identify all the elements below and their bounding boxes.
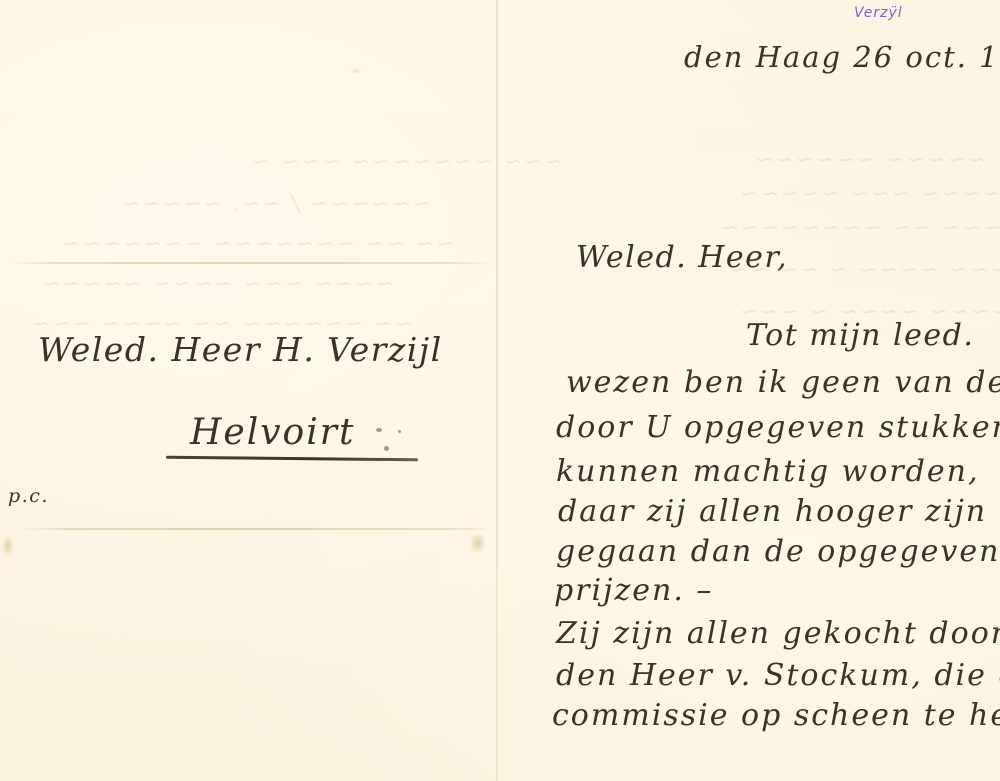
- bleed-through-text: ~~~~~~ ~~ ~~~~~~~~: [718, 216, 1000, 241]
- paper-stain: [2, 536, 14, 556]
- bleed-through-text: ~~~~~~ / ~~. ~~~~~: [120, 192, 431, 217]
- bleed-through-text: ~~~~ ~~~~ ~~~ ~~~~~: [738, 182, 1000, 207]
- ink-blot: [384, 446, 389, 451]
- letter-scan: ~~~ ~~~~~~~ ~~~ ~ ~~~~~~ / ~~. ~~~~~ ~~ …: [0, 0, 1000, 781]
- ink-blot: [398, 430, 401, 433]
- body-line: Zij zijn allen gekocht door: [556, 616, 1000, 651]
- place-underline: [166, 456, 418, 462]
- postscript-mark: p.c.: [8, 485, 49, 507]
- dateline: den Haag 26 oct. 1872: [684, 40, 1000, 74]
- body-line: prijzen. –: [554, 573, 713, 608]
- recipient-line: Weled. Heer H. Verzijl: [38, 330, 443, 369]
- body-line: commissie op scheen te hebben.: [552, 698, 1000, 733]
- right-page: ~~~~ ~~~~~ ~~~~~~ ~~~~ ~~~~ ~~~ ~~~~~ ~~…: [498, 0, 1000, 781]
- bleed-through-text: ~~~~ ~~~ ~~~~ ~~~~~: [40, 272, 394, 297]
- ink-blot: [376, 428, 382, 432]
- archive-annotation: Verzÿl: [854, 5, 903, 21]
- bleed-through-text: ~~~~ ~~~~~ ~~~~~~: [753, 148, 1000, 173]
- paper-stain: [470, 533, 486, 553]
- body-line: door U opgegeven stukken: [556, 410, 1000, 445]
- paper-stain: [350, 68, 362, 74]
- body-line: daar zij allen hooger zijn: [558, 494, 987, 529]
- left-page: ~~~ ~~~~~~~ ~~~ ~ ~~~~~~ / ~~. ~~~~~ ~~ …: [0, 0, 497, 781]
- paper-fold: [20, 528, 495, 530]
- body-line: Tot mijn leed.: [746, 318, 974, 353]
- paper-fold: [10, 262, 495, 264]
- bleed-through-text: ~~ ~~ ~~~~~~~ ~~~~~~~: [60, 232, 455, 257]
- recipient-place: Helvoirt: [190, 412, 355, 453]
- body-line: gegaan dan de opgegeven: [556, 534, 1000, 569]
- salutation: Weled. Heer,: [576, 240, 788, 275]
- body-line: den Heer v. Stockum, die er: [556, 658, 1000, 693]
- body-line: kunnen machtig worden,: [556, 454, 980, 489]
- body-line: wezen ben ik geen van de: [566, 365, 1000, 400]
